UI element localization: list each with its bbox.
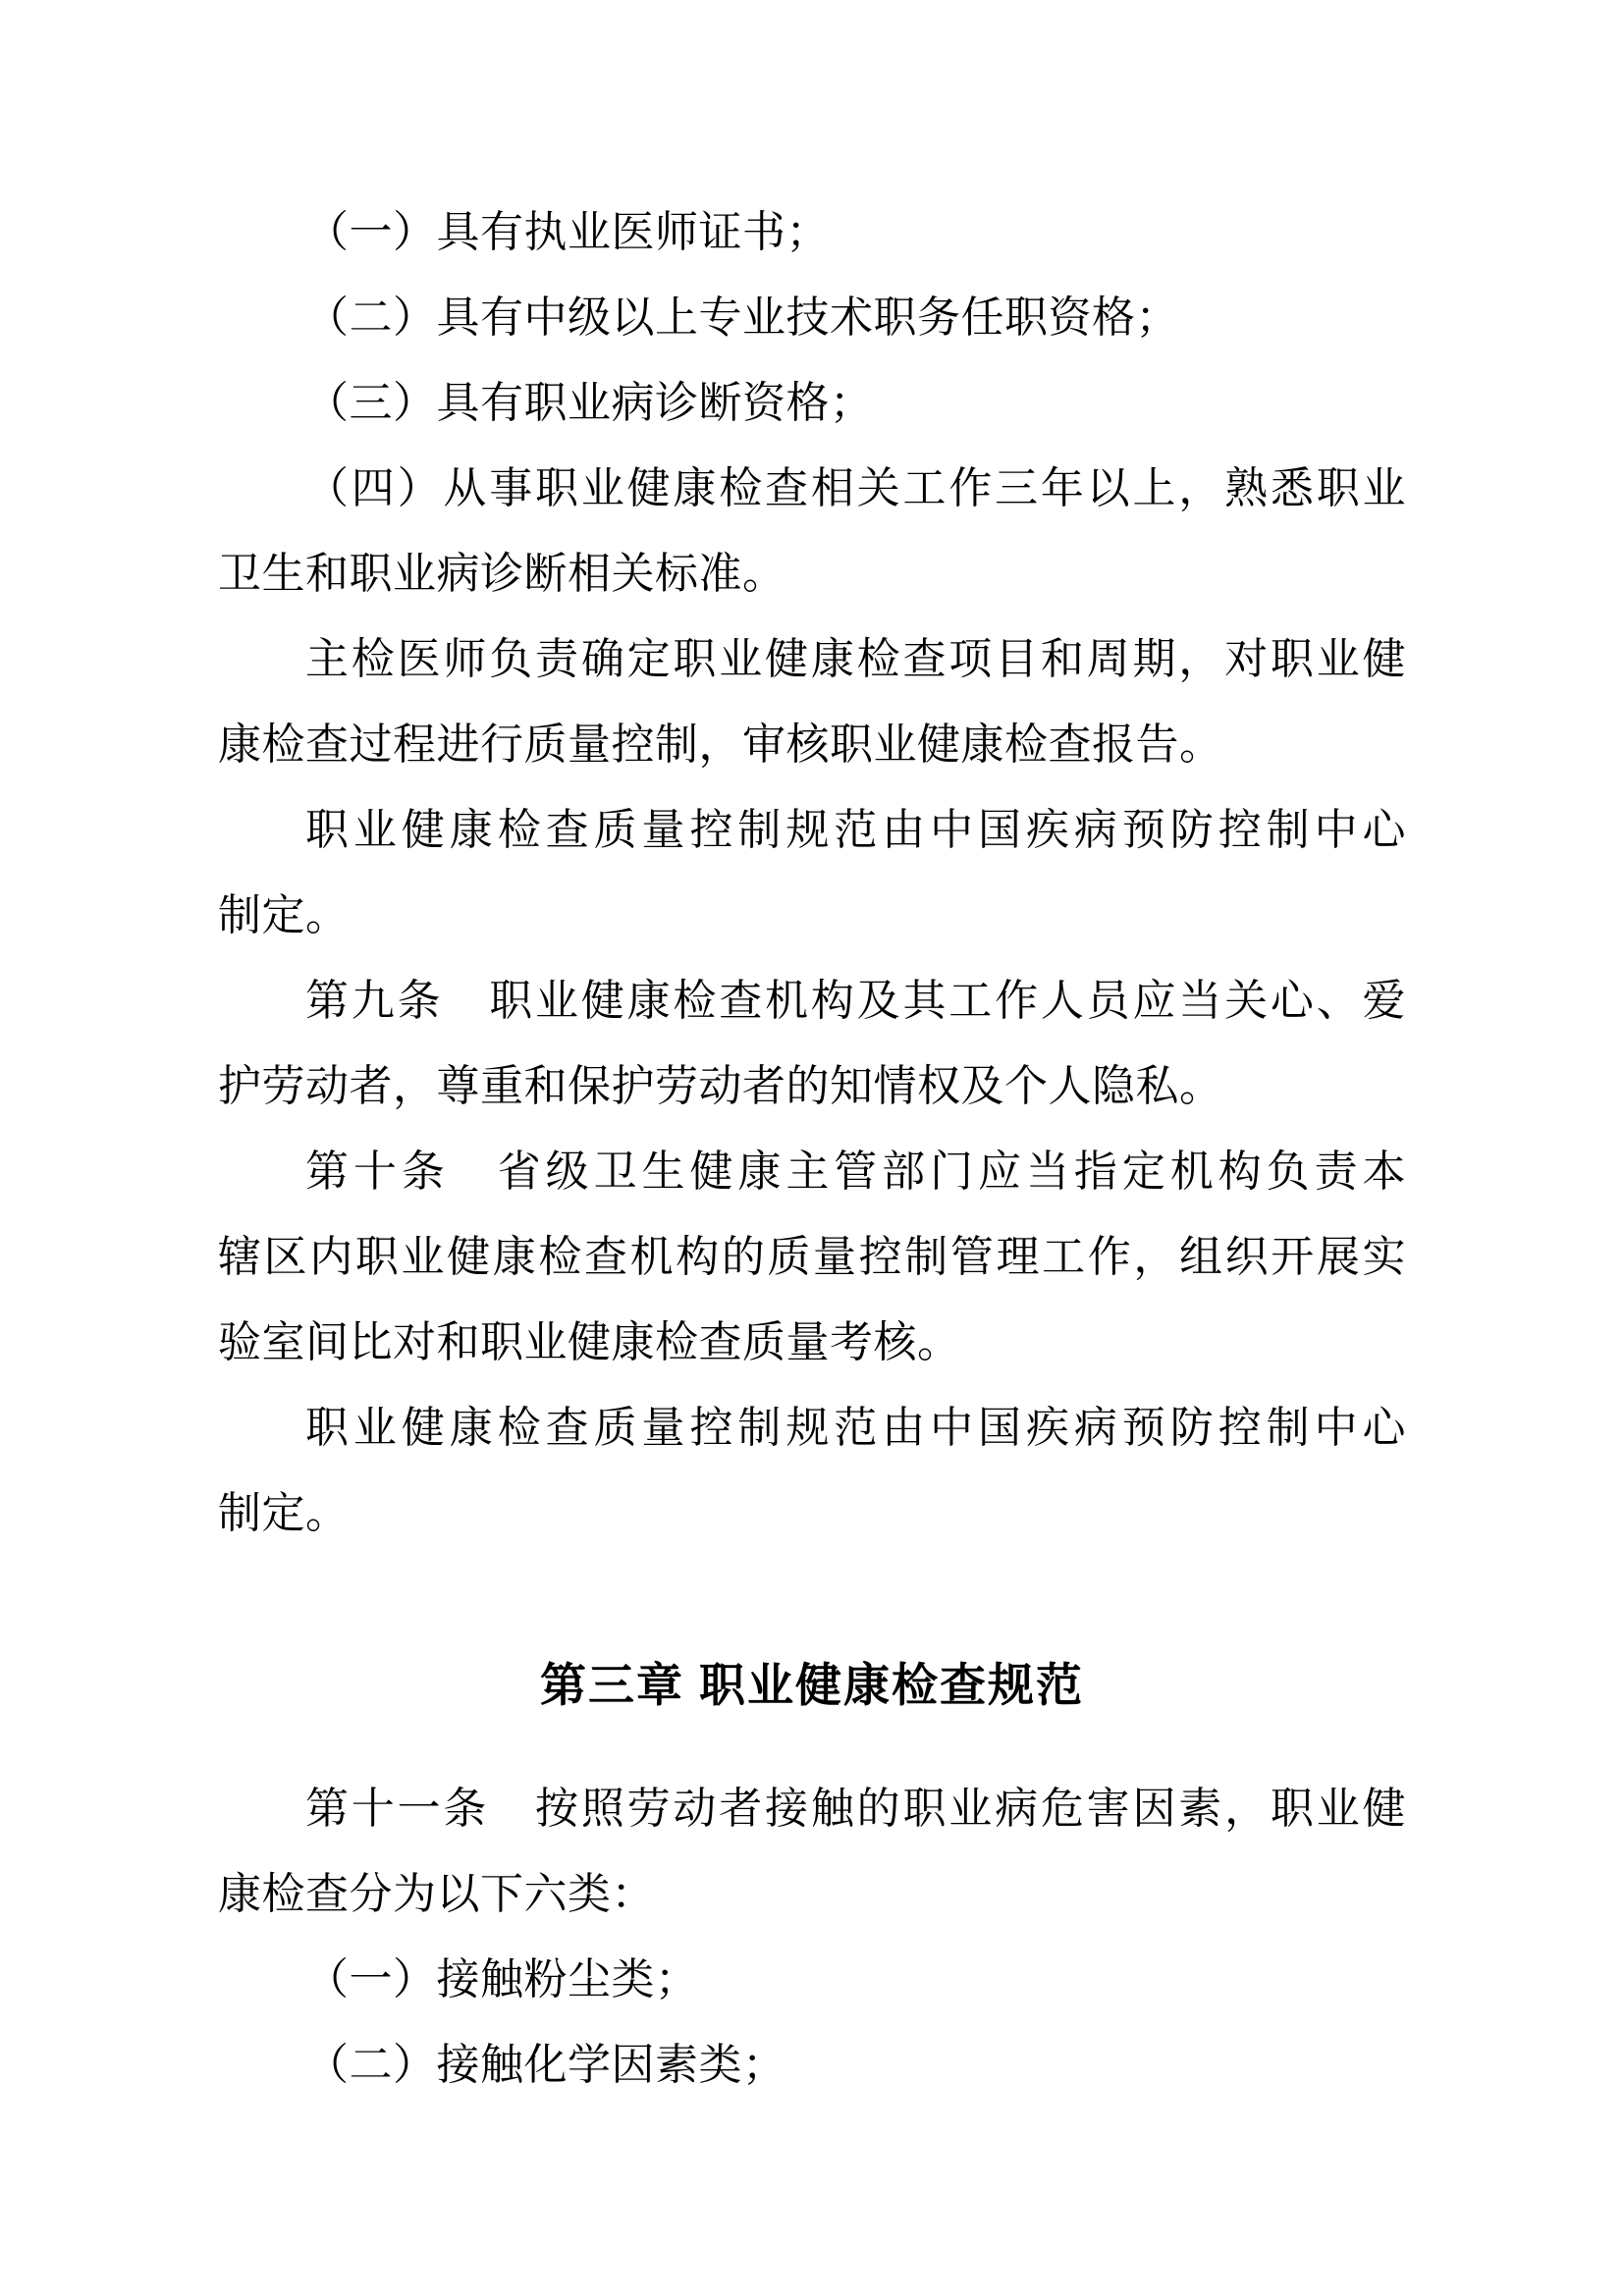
document-page: （一）具有执业医师证书；（二）具有中级以上专业技术职务任职资格；（三）具有职业病… (0, 0, 1624, 2296)
text-line: 职业健康检查质量控制规范由中国疾病预防控制中心 (218, 1385, 1406, 1470)
text-line: （一）接触粉尘类； (218, 1937, 1406, 2022)
text-line: （四）从事职业健康检查相关工作三年以上，熟悉职业 (218, 446, 1406, 531)
text-line: 护劳动者，尊重和保护劳动者的知情权及个人隐私。 (218, 1043, 1406, 1129)
text-line: 卫生和职业病诊断相关标准。 (218, 531, 1406, 616)
text-line: （二）接触化学因素类； (218, 2022, 1406, 2108)
text-line: 康检查过程进行质量控制，审核职业健康检查报告。 (218, 702, 1406, 787)
text-line: （一）具有执业医师证书； (218, 189, 1406, 275)
text-line: 制定。 (218, 873, 1406, 958)
document-text-block: （一）具有执业医师证书；（二）具有中级以上专业技术职务任职资格；（三）具有职业病… (218, 189, 1406, 2108)
text-line: 职业健康检查质量控制规范由中国疾病预防控制中心 (218, 787, 1406, 873)
text-line: （三）具有职业病诊断资格； (218, 360, 1406, 446)
text-line: 辖区内职业健康检查机构的质量控制管理工作，组织开展实 (218, 1214, 1406, 1300)
text-line: 第十一条 按照劳动者接触的职业病危害因素，职业健 (218, 1766, 1406, 1851)
text-line: 康检查分为以下六类： (218, 1851, 1406, 1937)
text-line: 制定。 (218, 1470, 1406, 1556)
text-line: 第十条 省级卫生健康主管部门应当指定机构负责本 (218, 1129, 1406, 1214)
text-line: （二）具有中级以上专业技术职务任职资格； (218, 275, 1406, 360)
text-line: 第九条 职业健康检查机构及其工作人员应当关心、爱 (218, 958, 1406, 1043)
chapter-heading: 第三章 职业健康检查规范 (218, 1642, 1406, 1728)
text-line: 验室间比对和职业健康检查质量考核。 (218, 1300, 1406, 1385)
text-line: 主检医师负责确定职业健康检查项目和周期，对职业健 (218, 616, 1406, 702)
